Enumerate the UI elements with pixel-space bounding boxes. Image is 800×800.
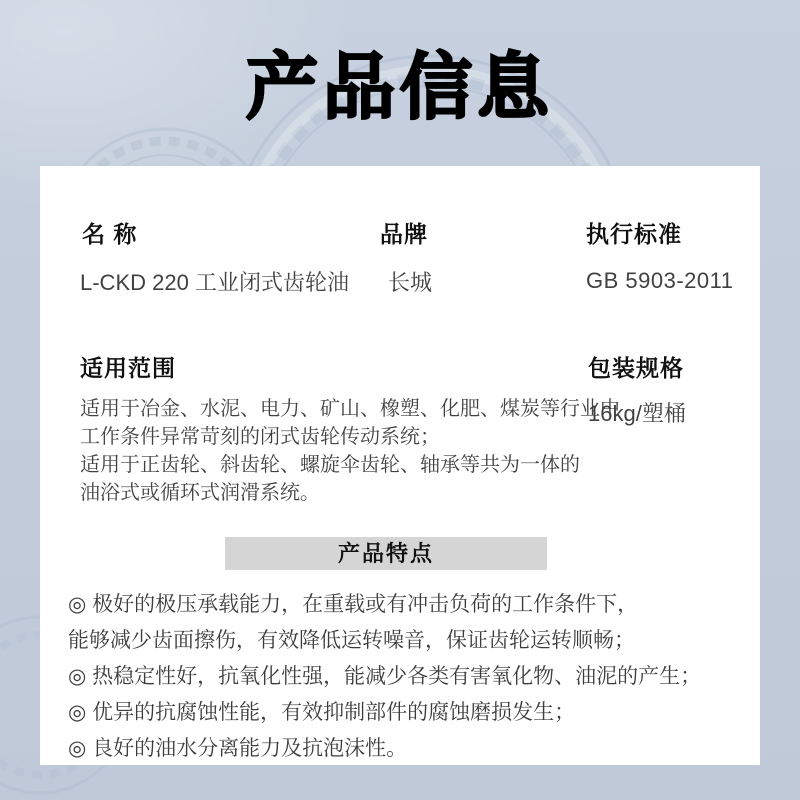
field-label-brand: 品牌 — [380, 216, 428, 249]
feature-line: ◎ 极好的极压承载能力，在重载或有冲击负荷的工作条件下， — [68, 587, 701, 623]
scope-line: 适用于正齿轮、斜齿轮、螺旋伞齿轮、轴承等共为一体的 — [80, 451, 620, 479]
feature-line: ◎ 热稳定性好，抗氧化性强，能减少各类有害氧化物、油泥的产生； — [68, 659, 701, 695]
scope-text: 适用于冶金、水泥、电力、矿山、橡塑、化肥、煤炭等行业中 工作条件异常苛刻的闭式齿… — [80, 395, 620, 507]
field-value-name: L-CKD 220 工业闭式齿轮油 — [80, 266, 349, 297]
field-value-brand: 长城 — [388, 266, 432, 297]
field-label-standard: 执行标准 — [586, 216, 682, 249]
field-label-scope: 适用范围 — [80, 350, 176, 383]
features-banner: 产品特点 — [225, 537, 547, 570]
scope-line: 油浴式或循环式润滑系统。 — [80, 479, 620, 507]
field-value-standard: GB 5903-2011 — [586, 268, 733, 294]
product-info-card: 名 称 品牌 执行标准 L-CKD 220 工业闭式齿轮油 长城 GB 5903… — [40, 166, 760, 765]
product-info-page: { "title": "产品信息", "info": { "columns": … — [0, 0, 800, 800]
field-label-packaging: 包装规格 — [588, 350, 684, 383]
scope-line: 工作条件异常苛刻的闭式齿轮传动系统； — [80, 423, 620, 451]
field-label-name: 名 称 — [82, 216, 137, 249]
field-value-packaging: 16kg/塑桶 — [588, 397, 686, 428]
scope-line: 适用于冶金、水泥、电力、矿山、橡塑、化肥、煤炭等行业中 — [80, 395, 620, 423]
features-list: ◎ 极好的极压承载能力，在重载或有冲击负荷的工作条件下， 能够减少齿面擦伤，有效… — [68, 587, 701, 767]
feature-line: ◎ 优异的抗腐蚀性能，有效抑制部件的腐蚀磨损发生； — [68, 695, 701, 731]
feature-line: 能够减少齿面擦伤，有效降低运转噪音，保证齿轮运转顺畅； — [68, 623, 701, 659]
page-title: 产品信息 — [0, 40, 800, 136]
feature-line: ◎ 良好的油水分离能力及抗泡沫性。 — [68, 731, 701, 767]
